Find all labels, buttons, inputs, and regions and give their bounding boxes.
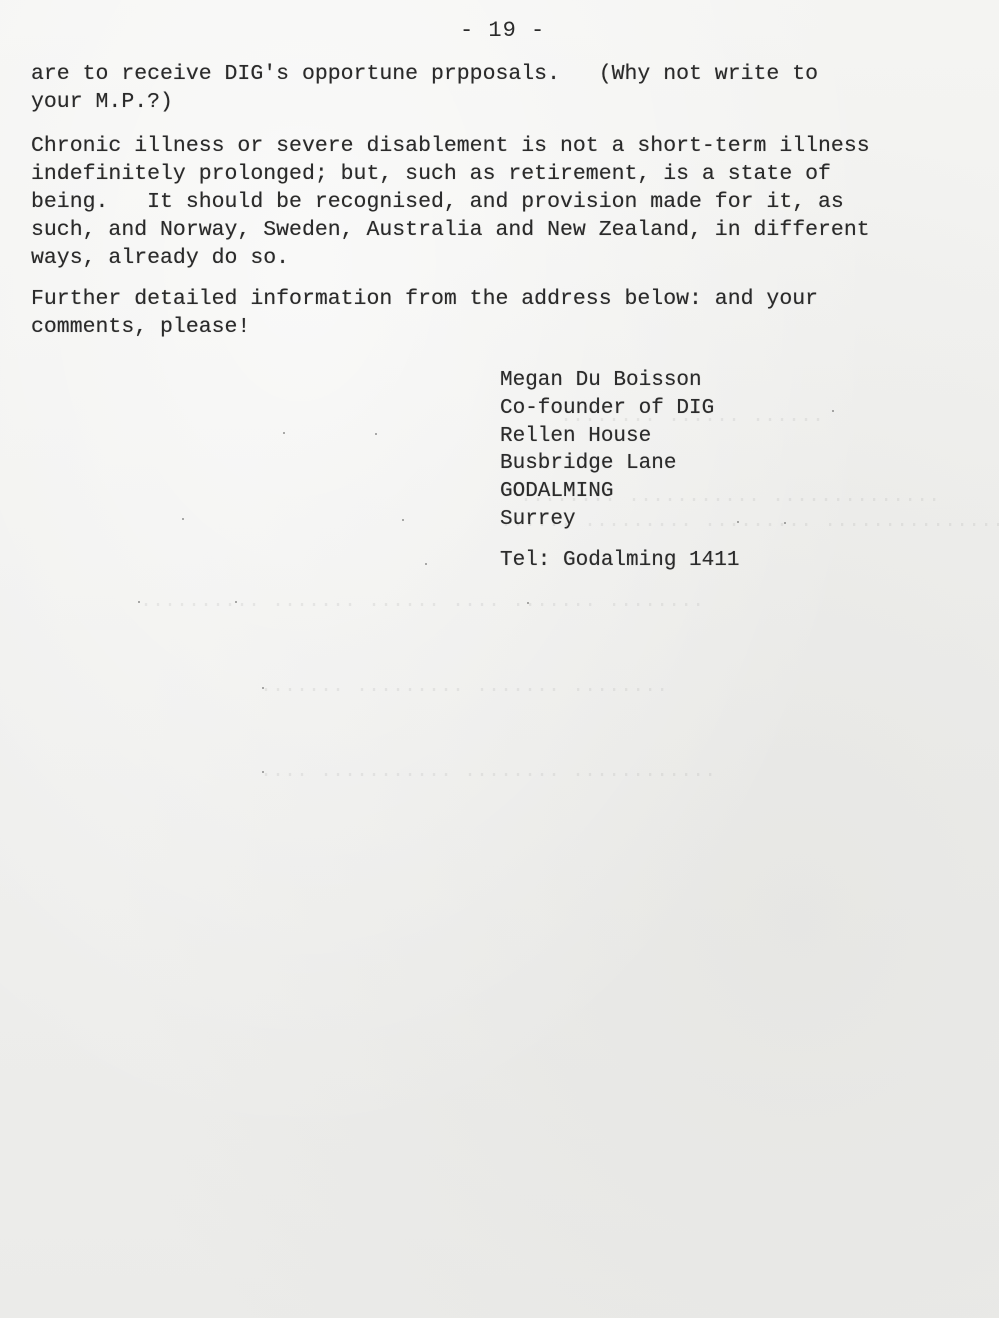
text-line: such, and Norway, Sweden, Australia and …	[31, 218, 870, 242]
scan-speck	[235, 601, 237, 603]
scan-speck	[527, 602, 529, 604]
text-line: Chronic illness or severe disablement is…	[31, 134, 870, 158]
address-line: Surrey	[500, 506, 739, 534]
text-line: Further detailed information from the ad…	[31, 287, 818, 311]
paragraph-proposals: are to receive DIG's opportune prpposals…	[31, 60, 951, 116]
scan-speck	[283, 432, 285, 434]
text-line: ways, already do so.	[31, 246, 289, 270]
text-line: are to receive DIG's opportune prpposals…	[31, 62, 818, 86]
scan-speck	[138, 601, 140, 603]
signature-block: Megan Du Boisson Co-founder of DIG Relle…	[500, 367, 739, 575]
paragraph-further-info: Further detailed information from the ad…	[31, 285, 951, 341]
show-through-text: ........ ....... ......... .......	[260, 675, 668, 698]
scan-speck	[737, 521, 739, 523]
address-line: Busbridge Lane	[500, 450, 739, 478]
text-line: comments, please!	[31, 315, 250, 339]
address-line: Rellen House	[500, 423, 739, 451]
address-line: GODALMING	[500, 478, 739, 506]
text-line: your M.P.?)	[31, 90, 173, 114]
show-through-text: ............ ........ ........... ....	[260, 760, 716, 783]
text-line: being. It should be recognised, and prov…	[31, 190, 844, 214]
scan-speck	[832, 410, 834, 412]
document-page: ...... ...... ........ .............. ..…	[0, 0, 999, 1318]
signatory-title: Co-founder of DIG	[500, 395, 739, 423]
scan-speck	[375, 433, 377, 435]
scan-speck	[262, 771, 264, 773]
scan-speck	[784, 522, 786, 524]
signatory-name: Megan Du Boisson	[500, 367, 739, 395]
scan-speck	[425, 563, 427, 565]
paragraph-chronic-illness: Chronic illness or severe disablement is…	[31, 132, 951, 272]
scan-speck	[262, 687, 264, 689]
page-number: - 19 -	[460, 18, 545, 43]
show-through-text: ........ ....... .... ...... ....... ...…	[140, 590, 704, 613]
scan-speck	[182, 518, 184, 520]
scan-speck	[402, 519, 404, 521]
text-line: indefinitely prolonged; but, such as ret…	[31, 162, 831, 186]
telephone: Tel: Godalming 1411	[500, 547, 739, 575]
